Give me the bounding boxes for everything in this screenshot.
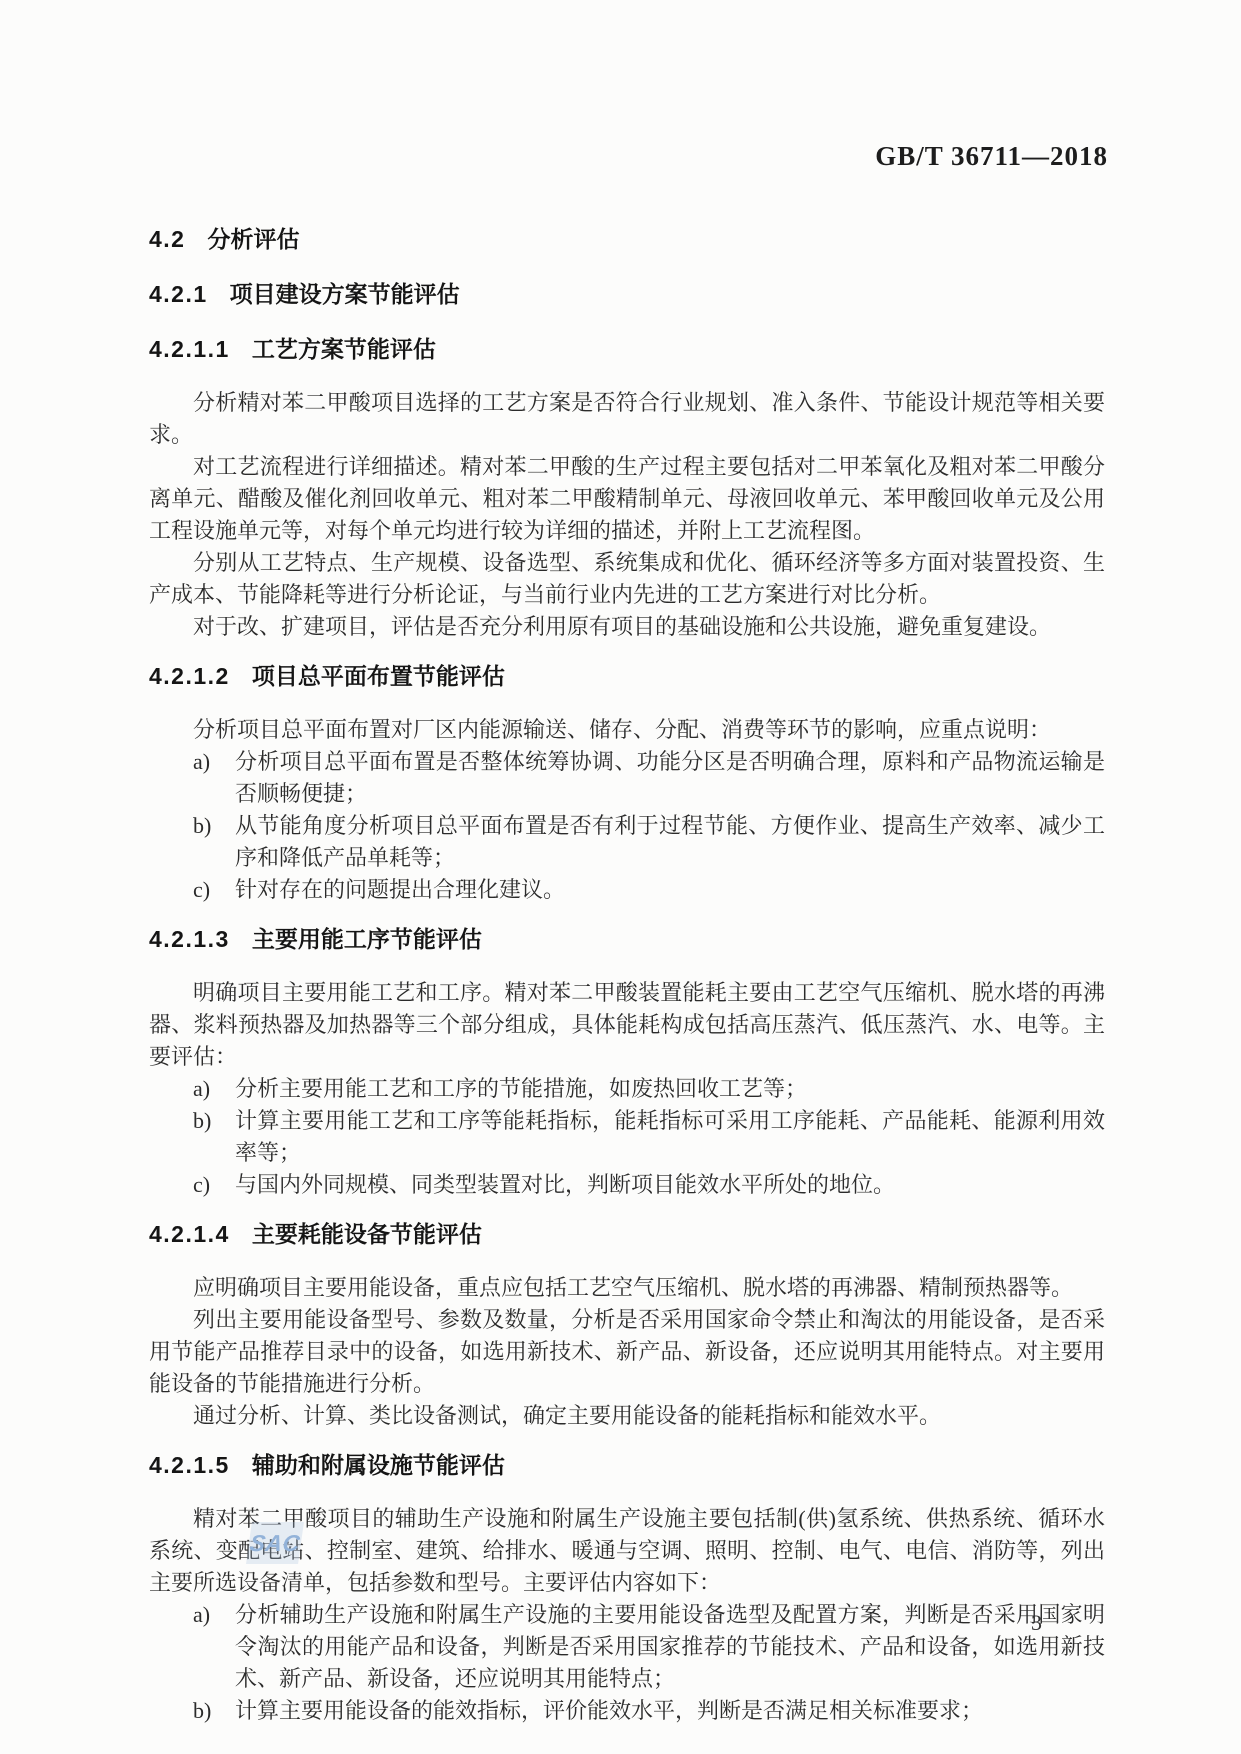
list-item-text: 分析辅助生产设施和附属生产设施的主要用能设备选型及配置方案，判断是否采用国家明令… bbox=[235, 1602, 1105, 1691]
list-item: b) 计算主要用能工艺和工序等能耗指标，能耗指标可采用工序能耗、产品能耗、能源利… bbox=[149, 1105, 1105, 1169]
body-paragraph: 分别从工艺特点、生产规模、设备选型、系统集成和优化、循环经济等多方面对装置投资、… bbox=[149, 547, 1105, 611]
page-number: 3 bbox=[1031, 1610, 1042, 1636]
body-paragraph: 对工艺流程进行详细描述。精对苯二甲酸的生产过程主要包括对二甲苯氧化及粗对苯二甲酸… bbox=[149, 451, 1105, 547]
section-heading-4-2-1-2: 4.2.1.2项目总平面布置节能评估 bbox=[149, 659, 1105, 693]
document-content: 4.2分析评估 4.2.1项目建设方案节能评估 4.2.1.1工艺方案节能评估 … bbox=[149, 222, 1105, 1727]
body-paragraph: 列出主要用能设备型号、参数及数量，分析是否采用国家命令禁止和淘汰的用能设备，是否… bbox=[149, 1304, 1105, 1400]
sac-watermark: SAC bbox=[246, 1522, 304, 1564]
list-item-text: 计算主要用能工艺和工序等能耗指标，能耗指标可采用工序能耗、产品能耗、能源利用效率… bbox=[235, 1108, 1105, 1165]
body-paragraph: 分析精对苯二甲酸项目选择的工艺方案是否符合行业规划、准入条件、节能设计规范等相关… bbox=[149, 387, 1105, 451]
heading-number: 4.2.1.1 bbox=[149, 332, 230, 366]
list-item: a) 分析项目总平面布置是否整体统筹协调、功能分区是否明确合理，原料和产品物流运… bbox=[149, 746, 1105, 810]
list-item: c) 针对存在的问题提出合理化建议。 bbox=[149, 874, 1105, 906]
standard-code: GB/T 36711—2018 bbox=[875, 141, 1108, 172]
list-item-label: a) bbox=[193, 1599, 210, 1631]
heading-title: 分析评估 bbox=[207, 226, 299, 252]
heading-number: 4.2.1 bbox=[149, 277, 208, 311]
list-item: a) 分析主要用能工艺和工序的节能措施，如废热回收工艺等； bbox=[149, 1073, 1105, 1105]
section-heading-4-2-1-3: 4.2.1.3主要用能工序节能评估 bbox=[149, 922, 1105, 956]
document-page: GB/T 36711—2018 4.2分析评估 4.2.1项目建设方案节能评估 … bbox=[0, 0, 1241, 1754]
section-heading-4-2: 4.2分析评估 bbox=[149, 222, 1105, 256]
section-heading-4-2-1-1: 4.2.1.1工艺方案节能评估 bbox=[149, 332, 1105, 366]
heading-title: 主要用能工序节能评估 bbox=[252, 926, 482, 952]
list-item-label: a) bbox=[193, 746, 210, 778]
list-item: c) 与国内外同规模、同类型装置对比，判断项目能效水平所处的地位。 bbox=[149, 1169, 1105, 1201]
list-item-text: 分析主要用能工艺和工序的节能措施，如废热回收工艺等； bbox=[235, 1076, 807, 1101]
heading-number: 4.2.1.4 bbox=[149, 1217, 230, 1251]
list-item-label: b) bbox=[193, 1105, 211, 1137]
heading-number: 4.2 bbox=[149, 222, 185, 256]
heading-title: 项目建设方案节能评估 bbox=[230, 281, 460, 307]
heading-title: 辅助和附属设施节能评估 bbox=[252, 1452, 505, 1478]
section-heading-4-2-1-4: 4.2.1.4主要耗能设备节能评估 bbox=[149, 1217, 1105, 1251]
body-paragraph: 应明确项目主要用能设备，重点应包括工艺空气压缩机、脱水塔的再沸器、精制预热器等。 bbox=[149, 1272, 1105, 1304]
list-item: a) 分析辅助生产设施和附属生产设施的主要用能设备选型及配置方案，判断是否采用国… bbox=[149, 1599, 1105, 1695]
body-paragraph: 通过分析、计算、类比设备测试，确定主要用能设备的能耗指标和能效水平。 bbox=[149, 1400, 1105, 1432]
list-item: b) 计算主要用能设备的能效指标，评价能效水平，判断是否满足相关标准要求； bbox=[149, 1695, 1105, 1727]
heading-number: 4.2.1.2 bbox=[149, 659, 230, 693]
heading-title: 工艺方案节能评估 bbox=[252, 336, 436, 362]
list-item-text: 与国内外同规模、同类型装置对比，判断项目能效水平所处的地位。 bbox=[235, 1172, 895, 1197]
heading-title: 项目总平面布置节能评估 bbox=[252, 663, 505, 689]
body-paragraph: 分析项目总平面布置对厂区内能源输送、储存、分配、消费等环节的影响，应重点说明： bbox=[149, 714, 1105, 746]
heading-number: 4.2.1.5 bbox=[149, 1448, 230, 1482]
section-heading-4-2-1: 4.2.1项目建设方案节能评估 bbox=[149, 277, 1105, 311]
list-item-label: b) bbox=[193, 810, 211, 842]
heading-number: 4.2.1.3 bbox=[149, 922, 230, 956]
list-item-text: 分析项目总平面布置是否整体统筹协调、功能分区是否明确合理，原料和产品物流运输是否… bbox=[235, 749, 1105, 806]
list-item-text: 从节能角度分析项目总平面布置是否有利于过程节能、方便作业、提高生产效率、减少工序… bbox=[235, 813, 1105, 870]
list-item-label: a) bbox=[193, 1073, 210, 1105]
list-item: b) 从节能角度分析项目总平面布置是否有利于过程节能、方便作业、提高生产效率、减… bbox=[149, 810, 1105, 874]
list-item-text: 针对存在的问题提出合理化建议。 bbox=[235, 877, 565, 902]
body-paragraph: 明确项目主要用能工艺和工序。精对苯二甲酸装置能耗主要由工艺空气压缩机、脱水塔的再… bbox=[149, 977, 1105, 1073]
list-item-label: c) bbox=[193, 1169, 210, 1201]
body-paragraph: 对于改、扩建项目，评估是否充分利用原有项目的基础设施和公共设施，避免重复建设。 bbox=[149, 611, 1105, 643]
list-item-text: 计算主要用能设备的能效指标，评价能效水平，判断是否满足相关标准要求； bbox=[235, 1698, 983, 1723]
list-item-label: c) bbox=[193, 874, 210, 906]
list-item-label: b) bbox=[193, 1695, 211, 1727]
heading-title: 主要耗能设备节能评估 bbox=[252, 1221, 482, 1247]
section-heading-4-2-1-5: 4.2.1.5辅助和附属设施节能评估 bbox=[149, 1448, 1105, 1482]
